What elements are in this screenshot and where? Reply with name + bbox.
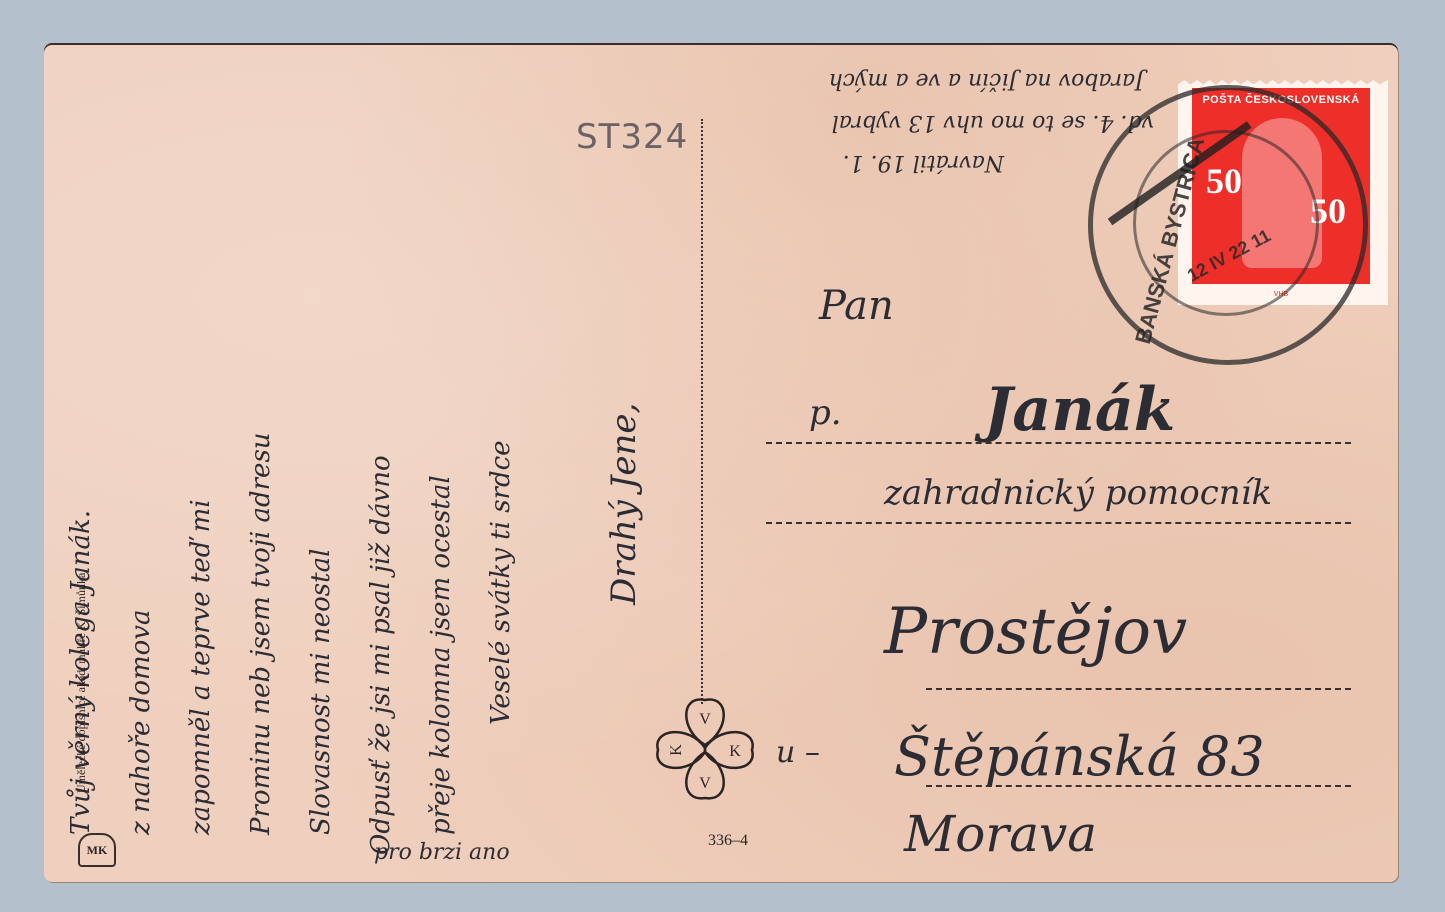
upside-down-line-2: Navrátil 19. 1. — [843, 150, 1004, 175]
address-line-3: zahradnický pomocník — [884, 473, 1272, 513]
publisher-line: Umělecké dopisnice akad. malíře K. Šimůn… — [74, 570, 89, 793]
svg-text:K: K — [729, 743, 741, 760]
clover-logo-icon: V K V K — [640, 690, 770, 810]
address-line-6: Morava — [904, 805, 1097, 863]
postmark-ring — [1088, 85, 1368, 365]
address-rule-2 — [766, 522, 1351, 524]
message-line-2: Odpusť že jsi mi psal již dávno — [366, 455, 396, 855]
publisher-logo: MK — [78, 833, 116, 867]
inventory-mark: ST324 — [576, 117, 688, 157]
message-line-0: Veselé svátky ti srdce — [486, 440, 516, 725]
address-line-4: Prostějov — [884, 595, 1187, 669]
address-line-2: Janák — [984, 375, 1175, 445]
closing-fragment: pro brzi ano — [374, 840, 510, 865]
upside-down-line-1: vd. 4. se to mo uhv 13 vybral — [832, 110, 1154, 135]
message-line-4: Prominu neb jsem tvoji adresu — [246, 432, 276, 835]
upside-down-line-0: Jarabov na Jičín a ve a mých — [829, 68, 1144, 93]
message-line-5: zapomněl a teprve teď mi — [186, 499, 216, 835]
card-number: 336–4 — [708, 832, 748, 850]
address-line-5-prefix: u – — [776, 735, 820, 770]
divider-line — [701, 119, 703, 704]
message-line-6: z nahoře domova — [126, 610, 156, 835]
address-line-2-prefix: p. — [809, 393, 842, 433]
message-line-3: Slovasnost mi neostal — [306, 549, 336, 835]
address-rule-4 — [926, 785, 1351, 787]
svg-text:V: V — [699, 775, 711, 792]
address-line-5: Štěpánská 83 — [894, 725, 1265, 788]
address-rule-1 — [766, 442, 1351, 444]
svg-text:V: V — [699, 711, 711, 728]
message-line-1: přeje kolomna jsem ocestal — [426, 475, 456, 835]
address-rule-3 — [926, 688, 1351, 690]
greeting: Drahý Jene, — [604, 403, 644, 605]
svg-text:K: K — [668, 744, 685, 756]
address-line-1: Pan — [819, 283, 894, 329]
